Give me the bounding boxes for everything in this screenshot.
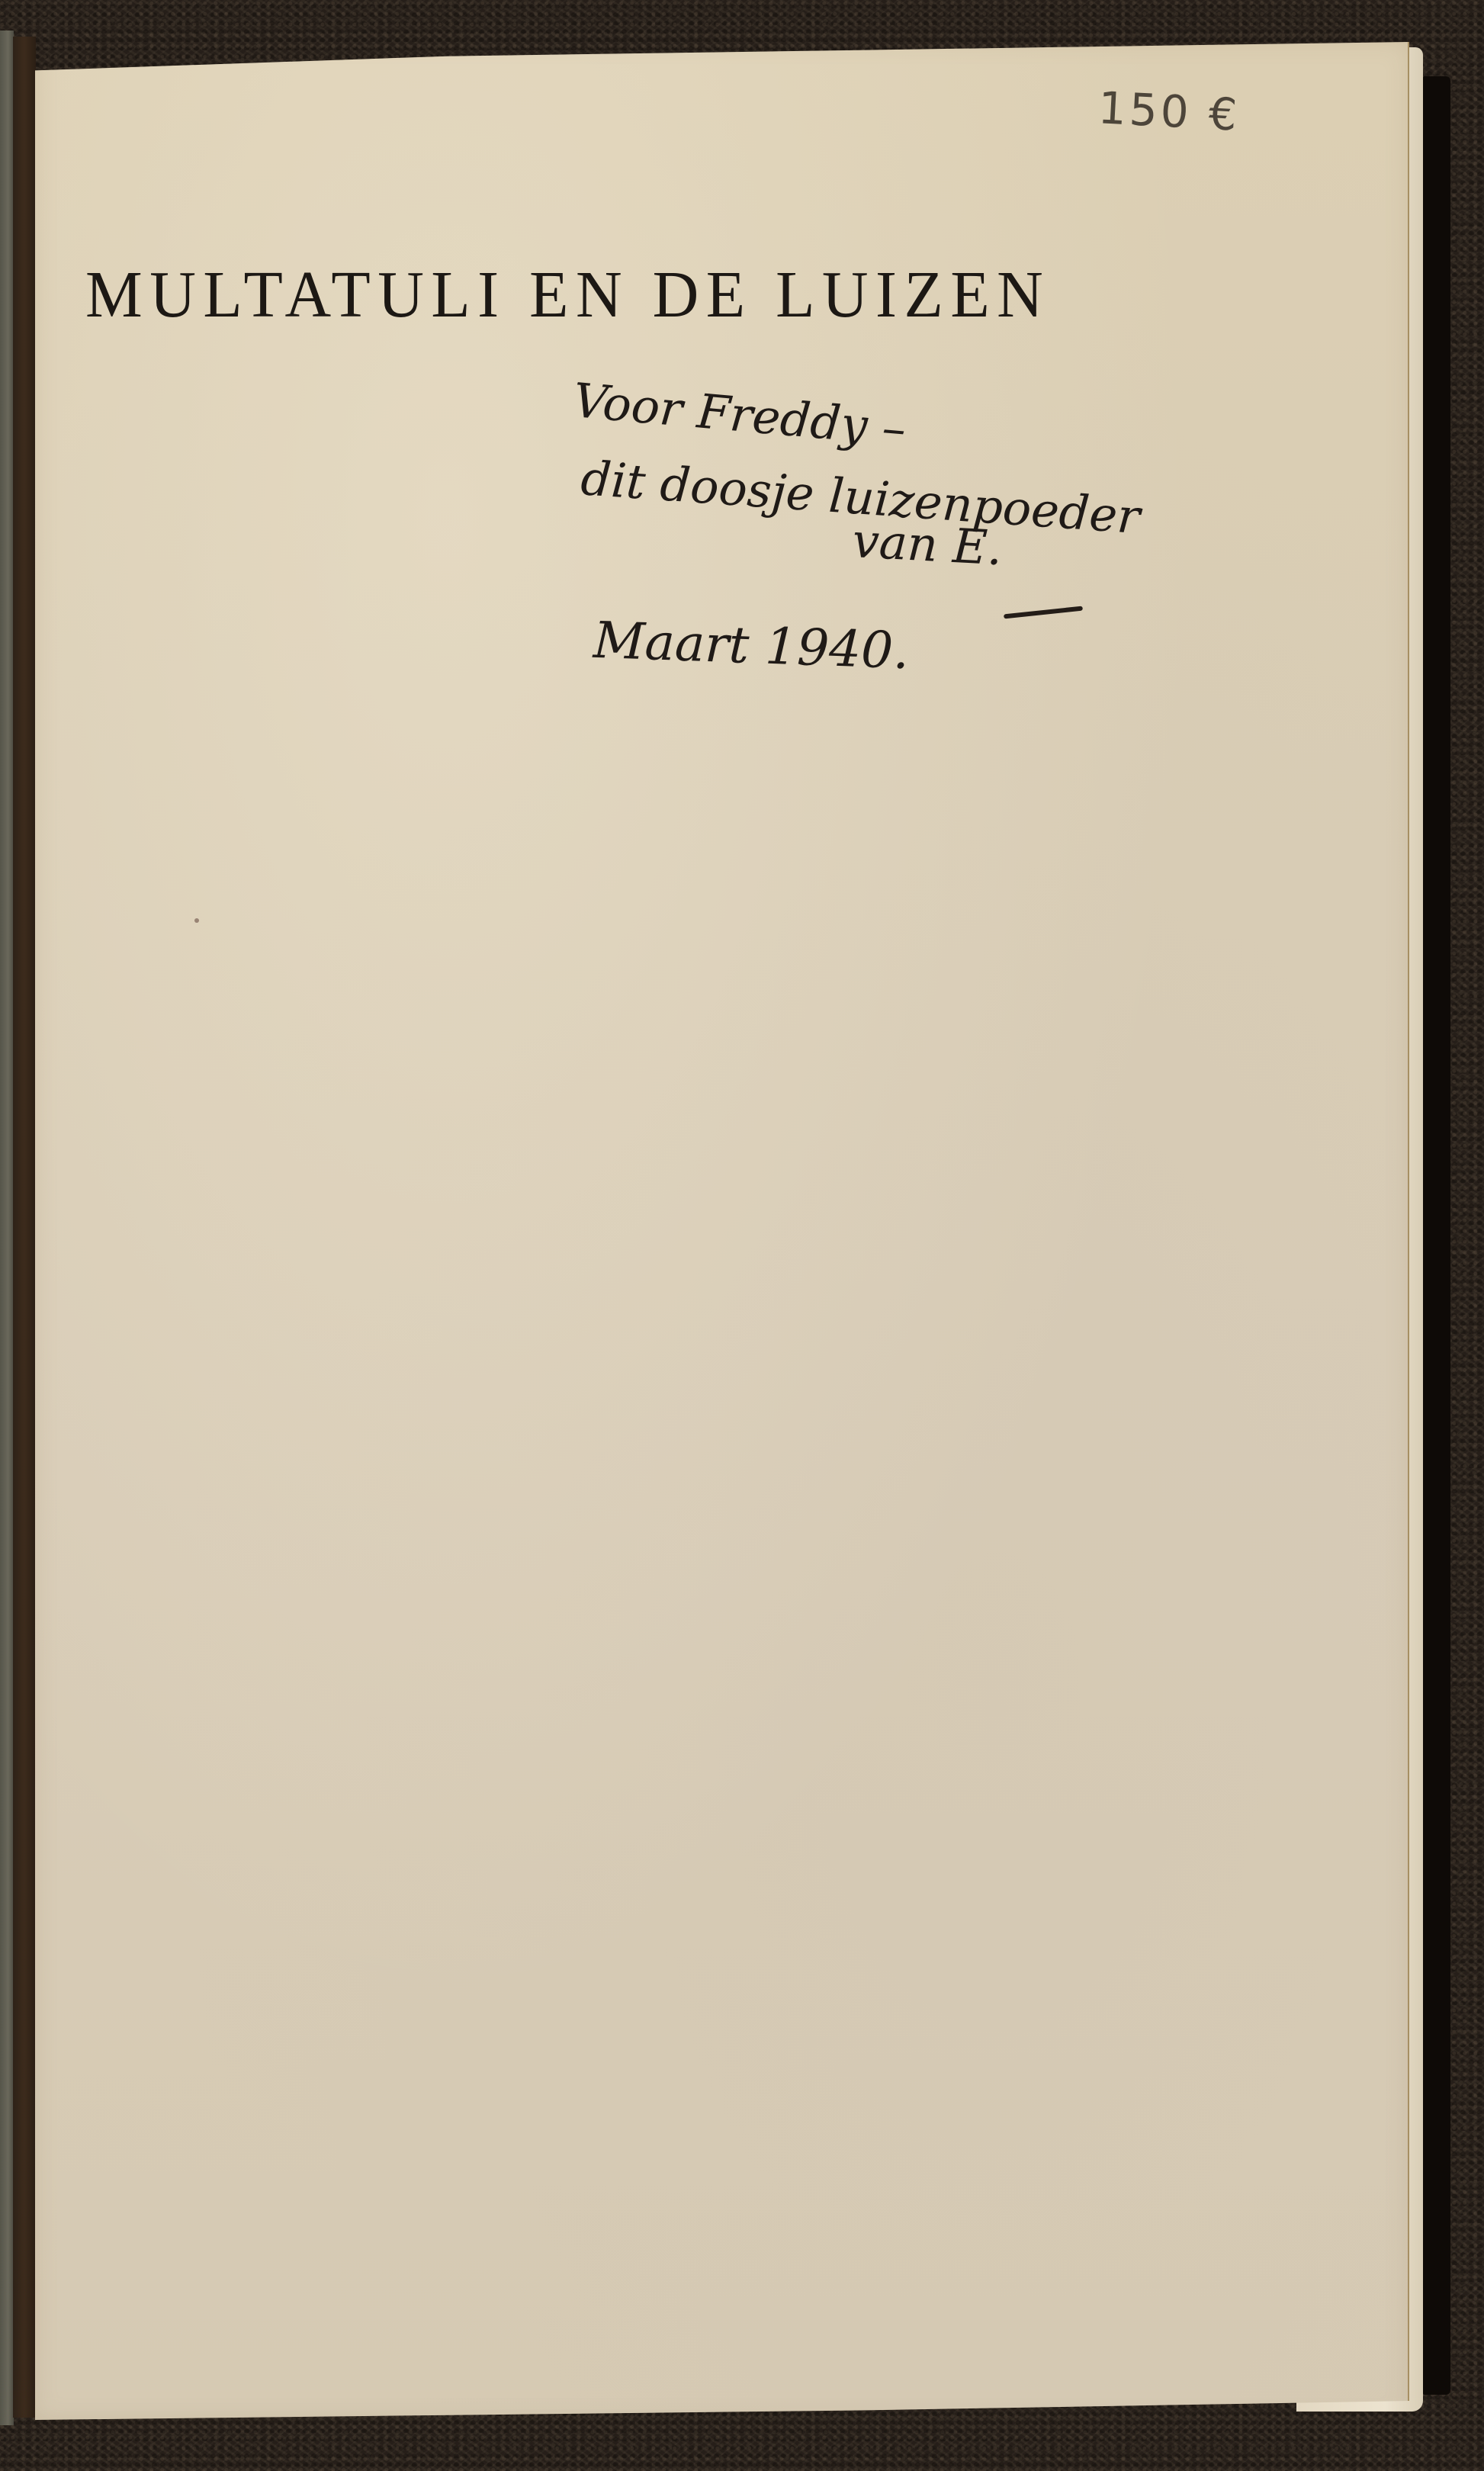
page-title: MULTATULI EN DE LUIZEN <box>85 256 1050 333</box>
inscription-signature: van E. <box>851 513 1004 576</box>
book-cover-left-edge <box>0 31 14 2425</box>
book-spine-edge <box>13 37 36 2418</box>
pencil-price-note: 150 € <box>1097 82 1241 141</box>
inscription-date: Maart 1940. <box>593 611 911 680</box>
book-cover-right-board <box>1423 76 1450 2395</box>
paper-speck <box>194 918 199 923</box>
